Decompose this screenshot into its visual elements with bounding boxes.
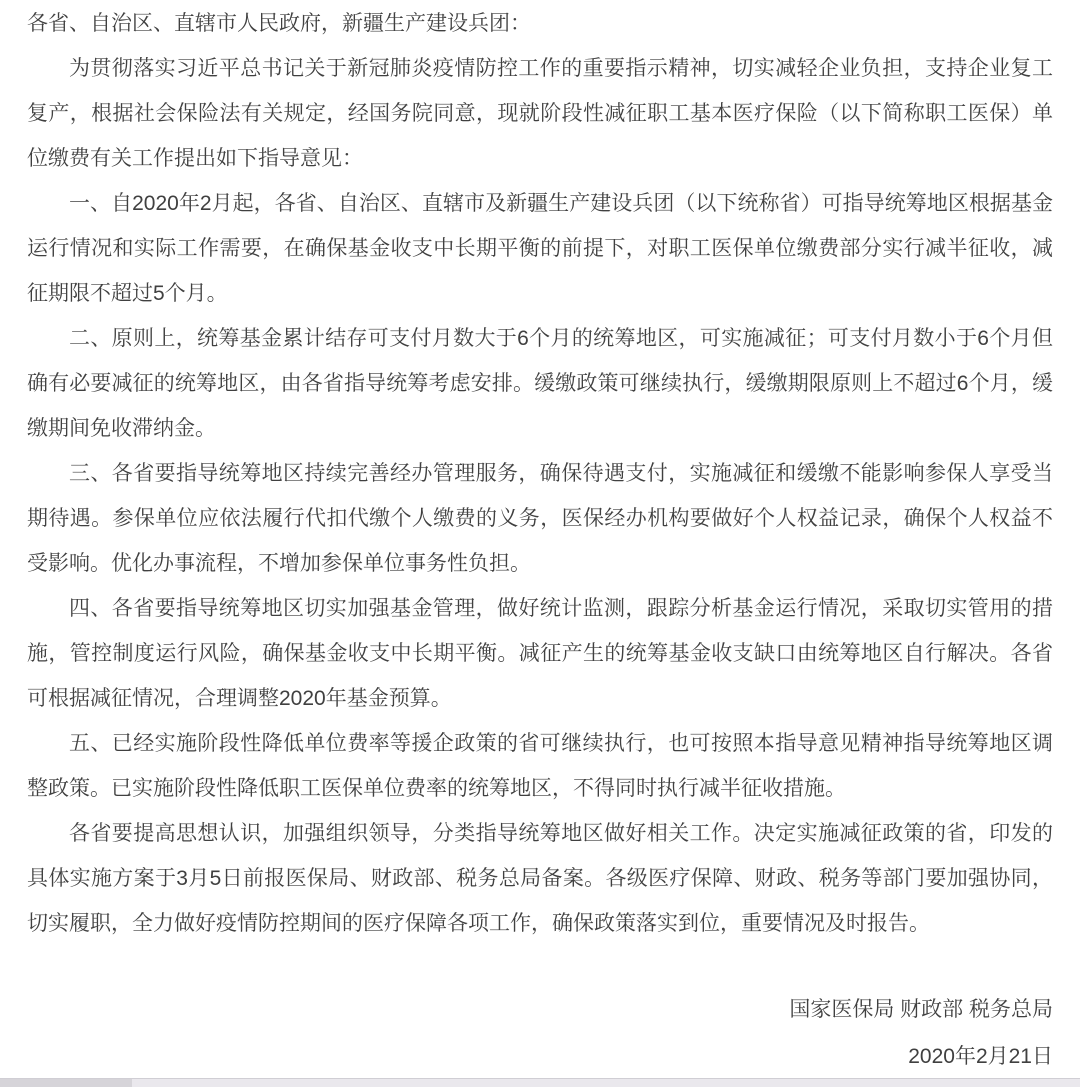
paragraph-item-2: 二、原则上，统筹基金累计结存可支付月数大于6个月的统筹地区，可实施减征；可支付月…	[27, 316, 1053, 451]
document-body: 各省、自治区、直辖市人民政府，新疆生产建设兵团： 为贯彻落实习近平总书记关于新冠…	[0, 0, 1080, 1080]
horizontal-scrollbar[interactable]	[0, 1078, 1080, 1087]
paragraph-item-1: 一、自2020年2月起，各省、自治区、直辖市及新疆生产建设兵团（以下统称省）可指…	[27, 181, 1053, 316]
salutation-line: 各省、自治区、直辖市人民政府，新疆生产建设兵团：	[27, 1, 1053, 46]
paragraph-item-4: 四、各省要指导统筹地区切实加强基金管理，做好统计监测，跟踪分析基金运行情况，采取…	[27, 586, 1053, 721]
paragraph-item-3: 三、各省要指导统筹地区持续完善经办管理服务，确保待遇支付，实施减征和缓缴不能影响…	[27, 451, 1053, 586]
paragraph-closing: 各省要提高思想认识，加强组织领导，分类指导统筹地区做好相关工作。决定实施减征政策…	[27, 811, 1053, 946]
signature-block: 国家医保局 财政部 税务总局 2020年2月21日	[27, 986, 1053, 1080]
signature-issuers: 国家医保局 财政部 税务总局	[27, 986, 1053, 1033]
paragraph-intro: 为贯彻落实习近平总书记关于新冠肺炎疫情防控工作的重要指示精神，切实减轻企业负担，…	[27, 46, 1053, 181]
signature-date: 2020年2月21日	[27, 1033, 1053, 1080]
paragraph-item-5: 五、已经实施阶段性降低单位费率等援企政策的省可继续执行，也可按照本指导意见精神指…	[27, 721, 1053, 811]
scrollbar-thumb[interactable]	[0, 1079, 132, 1087]
